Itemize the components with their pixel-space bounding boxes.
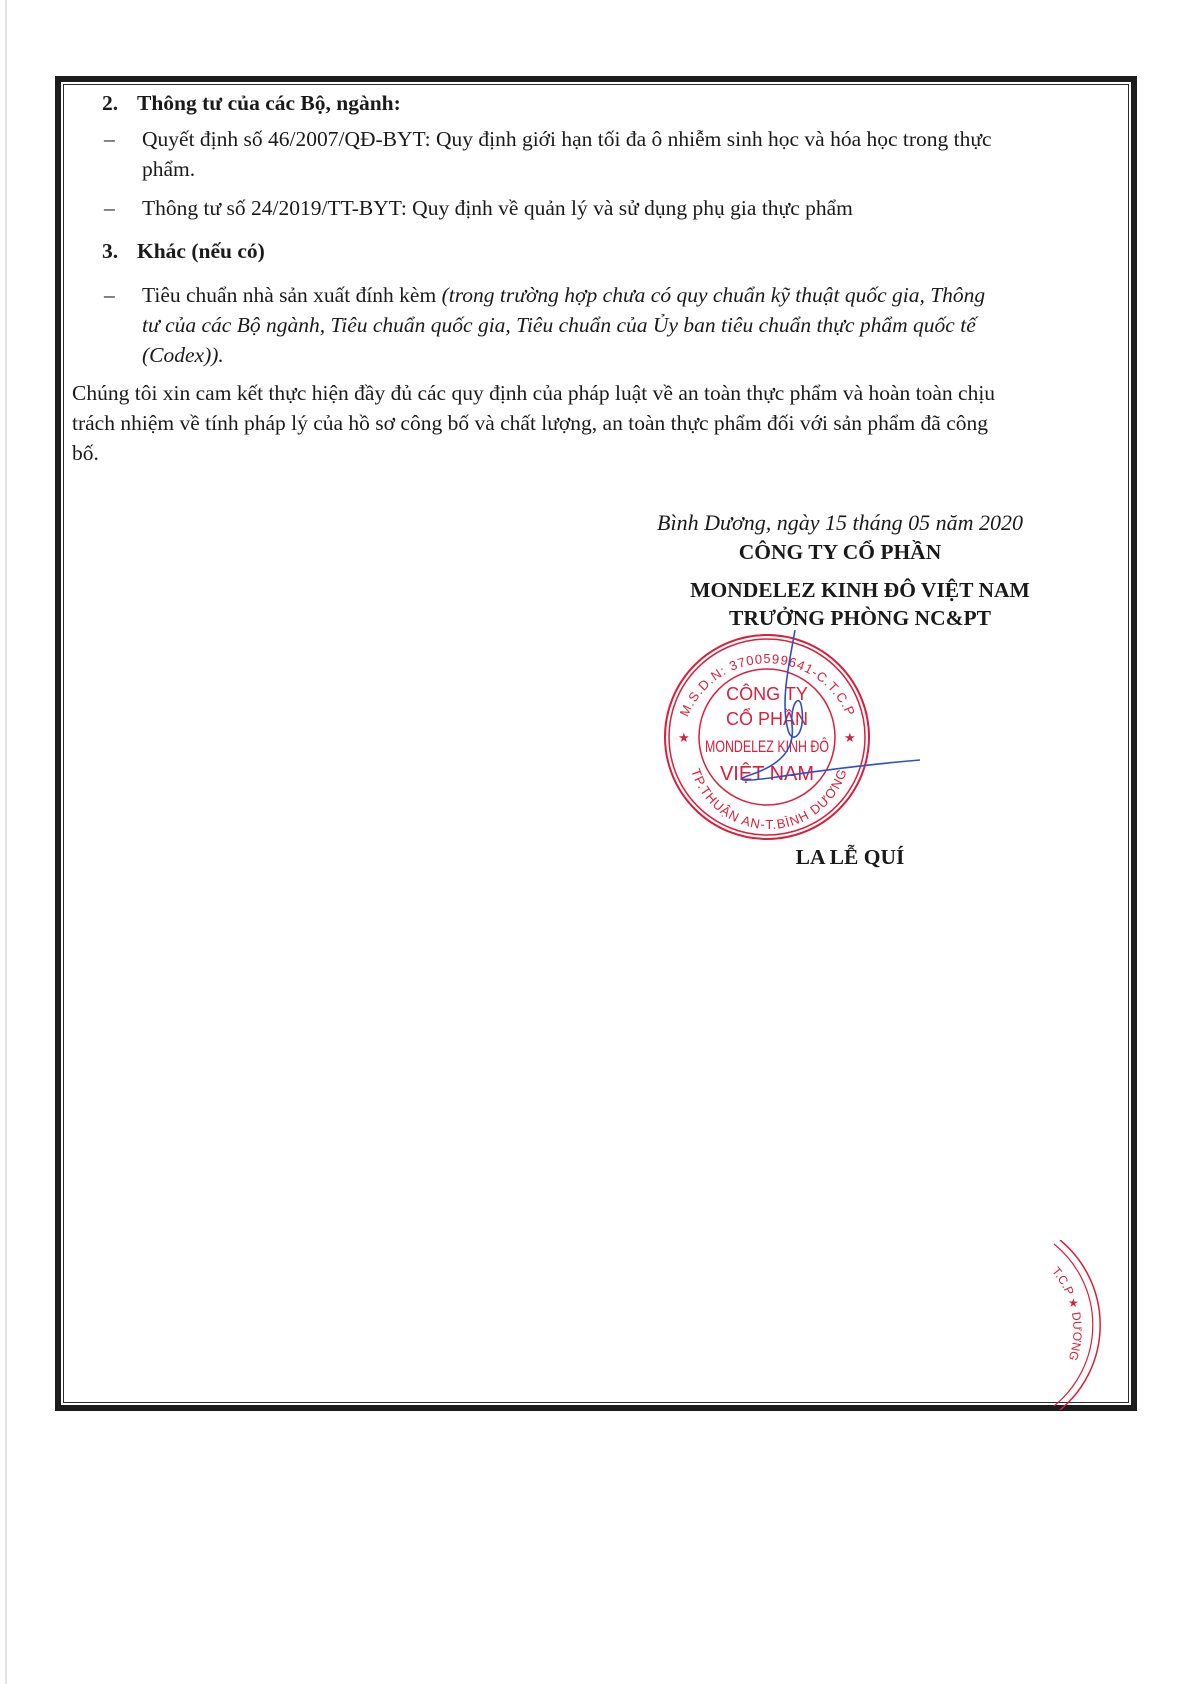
item-italic-text: tư của các Bộ ngành, Tiêu chuẩn quốc gia…: [142, 310, 1102, 340]
paragraph-line: trách nhiệm về tính pháp lý của hồ sơ cô…: [72, 408, 1102, 438]
document-frame: [55, 76, 1137, 1411]
bullet-dash: –: [104, 124, 115, 154]
item-line: phẩm.: [142, 154, 1102, 184]
paragraph-line: Chúng tôi xin cam kết thực hiện đầy đủ c…: [72, 378, 1102, 408]
company-line-2: MONDELEZ KINH ĐÔ VIỆT NAM: [640, 578, 1080, 603]
item-text: Tiêu chuẩn nhà sản xuất đính kèm: [142, 283, 442, 307]
company-line-1: CÔNG TY CỔ PHẦN: [640, 540, 1040, 565]
item-line: Thông tư số 24/2019/TT-BYT: Quy định về …: [142, 193, 1102, 223]
place-date: Bình Dương, ngày 15 tháng 05 năm 2020: [640, 510, 1040, 536]
paragraph-line: bố.: [72, 438, 1102, 468]
partial-stamp-text: T.C.P ★ DƯƠNG: [1049, 1264, 1084, 1362]
item-italic-text: (trong trường hợp chưa có quy chuẩn kỹ t…: [442, 283, 986, 307]
scan-edge: [5, 0, 7, 1684]
signer-position: TRƯỞNG PHÒNG NC&PT: [640, 606, 1080, 631]
item-line: Quyết định số 46/2007/QĐ-BYT: Quy định g…: [142, 124, 1102, 154]
bullet-dash: –: [104, 193, 115, 223]
bullet-dash: –: [104, 280, 115, 310]
section-3-heading: 3.Khác (nếu có): [102, 236, 265, 266]
section-3-title: Khác (nếu có): [137, 239, 265, 263]
item-italic-text: (Codex)).: [142, 340, 1102, 370]
section-2-title: Thông tư của các Bộ, ngành:: [137, 91, 401, 115]
section-3-number: 3.: [102, 236, 137, 266]
section-2-number: 2.: [102, 88, 137, 118]
signer-name: LA LỄ QUÍ: [700, 845, 1000, 870]
handwritten-signature: [640, 630, 940, 830]
commitment-paragraph: Chúng tôi xin cam kết thực hiện đầy đủ c…: [72, 378, 1102, 468]
partial-stamp: T.C.P ★ DƯƠNG: [1020, 1240, 1140, 1410]
section-2-heading: 2.Thông tư của các Bộ, ngành:: [102, 88, 401, 118]
